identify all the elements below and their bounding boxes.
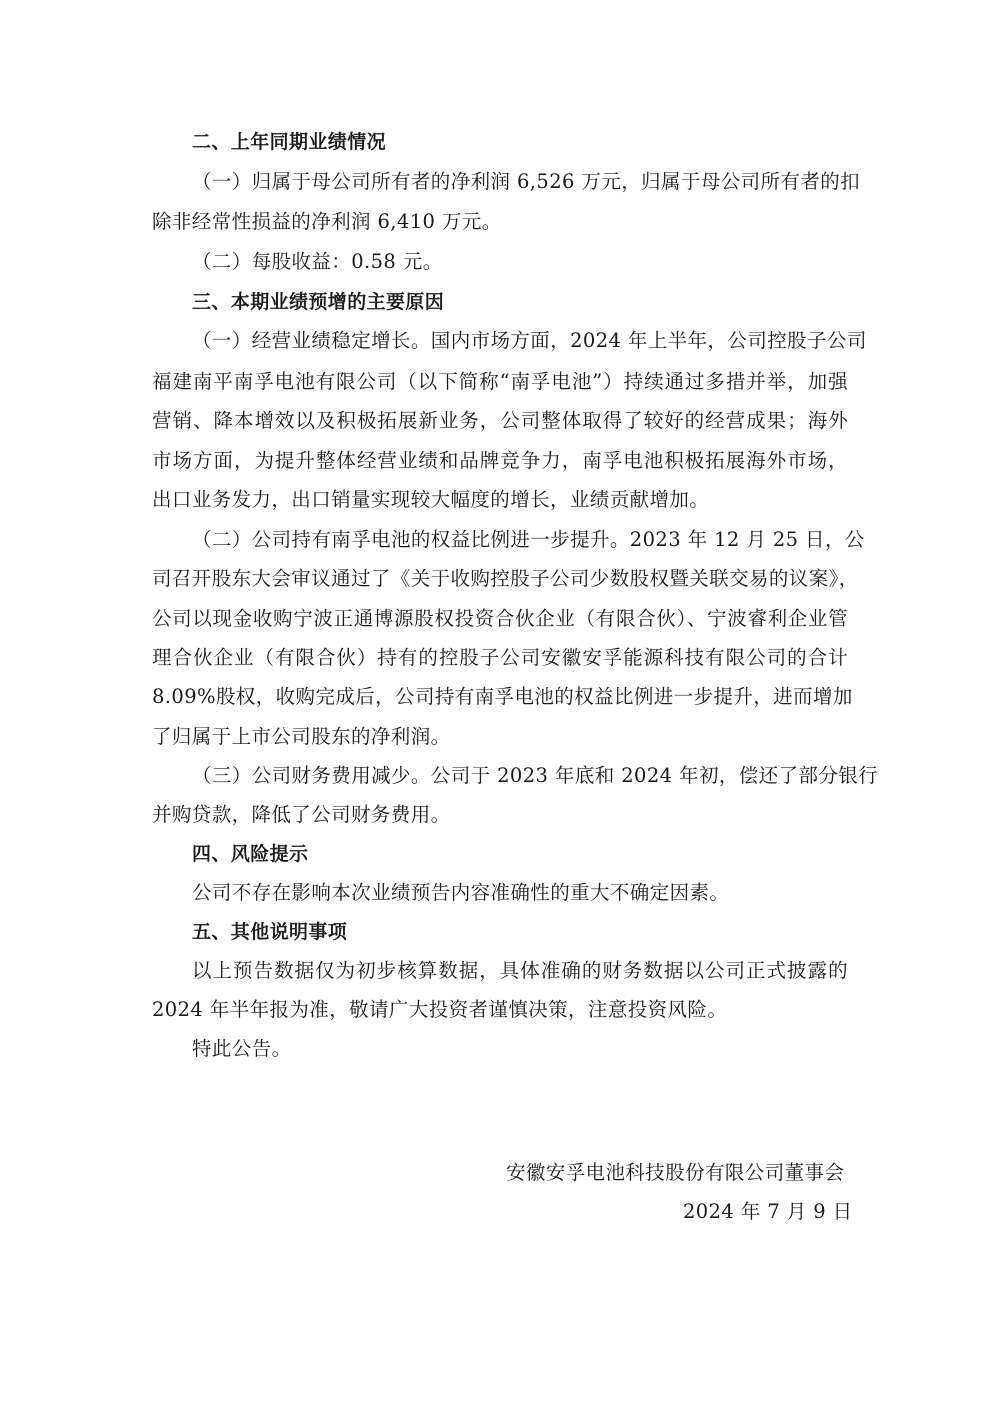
signature-date: 2024 年 7 月 9 日 [683,1199,853,1225]
paragraph-line: 理合伙企业（有限合伙）持有的控股子公司安徽安孚能源科技有限公司的合计 [152,645,848,671]
paragraph-line: 营销、降本增效以及积极拓展新业务，公司整体取得了较好的经营成果；海外 [152,408,848,434]
paragraph-line: （二）公司持有南孚电池的权益比例进一步提升。2023 年 12 月 25 日，公 [192,527,848,553]
paragraph-line: 市场方面，为提升整体经营业绩和品牌竞争力，南孚电池积极拓展海外市场， [152,448,848,474]
section-heading-prior-year: 二、上年同期业绩情况 [192,129,892,155]
paragraph-line: 以上预告数据仅为初步核算数据，具体准确的财务数据以公司正式披露的 [192,958,848,984]
paragraph-line: 8.09%股权，收购完成后，公司持有南孚电池的权益比例进一步提升，进而增加 [152,684,848,710]
section-heading-other: 五、其他说明事项 [192,919,892,945]
document-page: 二、上年同期业绩情况 （一）归属于母公司所有者的净利润 6,526 万元，归属于… [0,0,1000,1414]
section-heading-reasons: 三、本期业绩预增的主要原因 [192,289,892,315]
paragraph-line: 福建南平南孚电池有限公司（以下简称“南孚电池”）持续通过多措并举，加强 [152,369,848,395]
paragraph-line: （一）归属于母公司所有者的净利润 6,526 万元，归属于母公司所有者的扣 [192,169,848,195]
paragraph-line: 2024 年半年报为准，敬请广大投资者谨慎决策，注意投资风险。 [152,997,852,1023]
section-heading-risk: 四、风险提示 [192,841,892,867]
paragraph-line: （一）经营业绩稳定增长。国内市场方面，2024 年上半年，公司控股子公司 [192,328,848,354]
paragraph-line: 并购贷款，降低了公司财务费用。 [152,802,852,828]
paragraph-line: 了归属于上市公司股东的净利润。 [152,724,852,750]
paragraph-line: （三）公司财务费用减少。公司于 2023 年底和 2024 年初，偿还了部分银行 [192,763,848,789]
paragraph-line: 除非经常性损益的净利润 6,410 万元。 [152,209,852,235]
closing-statement: 特此公告。 [192,1036,892,1062]
paragraph-line: 司召开股东大会审议通过了《关于收购控股子公司少数股权暨关联交易的议案》， [152,566,848,592]
signature-organization: 安徽安孚电池科技股份有限公司董事会 [506,1160,844,1186]
paragraph-line: 出口业务发力，出口销量实现较大幅度的增长，业绩贡献增加。 [152,487,852,513]
paragraph-line: 公司不存在影响本次业绩预告内容准确性的重大不确定因素。 [192,880,892,906]
paragraph-line: （二）每股收益：0.58 元。 [192,249,892,275]
paragraph-line: 公司以现金收购宁波正通博源股权投资合伙企业（有限合伙）、宁波睿利企业管 [152,606,848,632]
